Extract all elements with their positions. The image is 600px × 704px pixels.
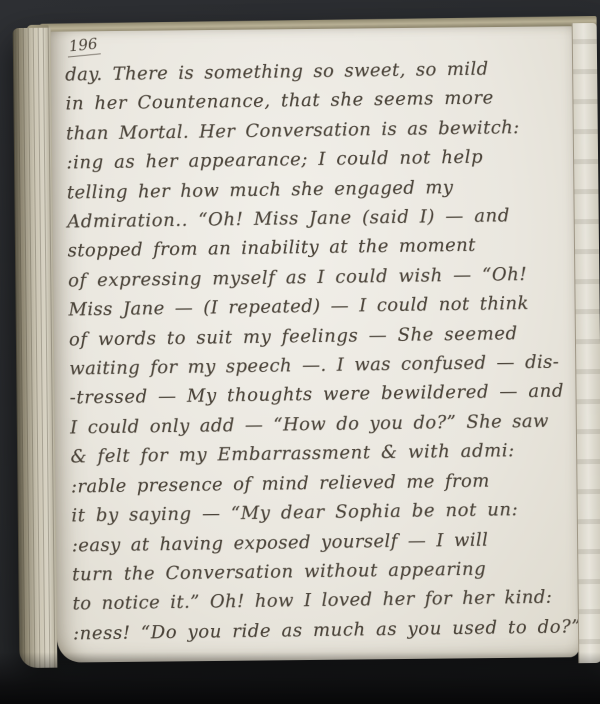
manuscript-page: 196 day. There is something so sweet, so… <box>51 26 580 662</box>
book: 196 day. There is something so sweet, so… <box>13 17 600 673</box>
page-number: 196 <box>66 31 101 57</box>
book-binding-edge <box>13 28 58 668</box>
page-content: 196 day. There is something so sweet, so… <box>51 26 580 662</box>
manuscript-photo: 196 day. There is something so sweet, so… <box>0 0 600 704</box>
manuscript-line: :ness! “Do you ride as much as you used … <box>73 612 574 648</box>
manuscript-text: day. There is something so sweet, so mil… <box>65 53 574 648</box>
